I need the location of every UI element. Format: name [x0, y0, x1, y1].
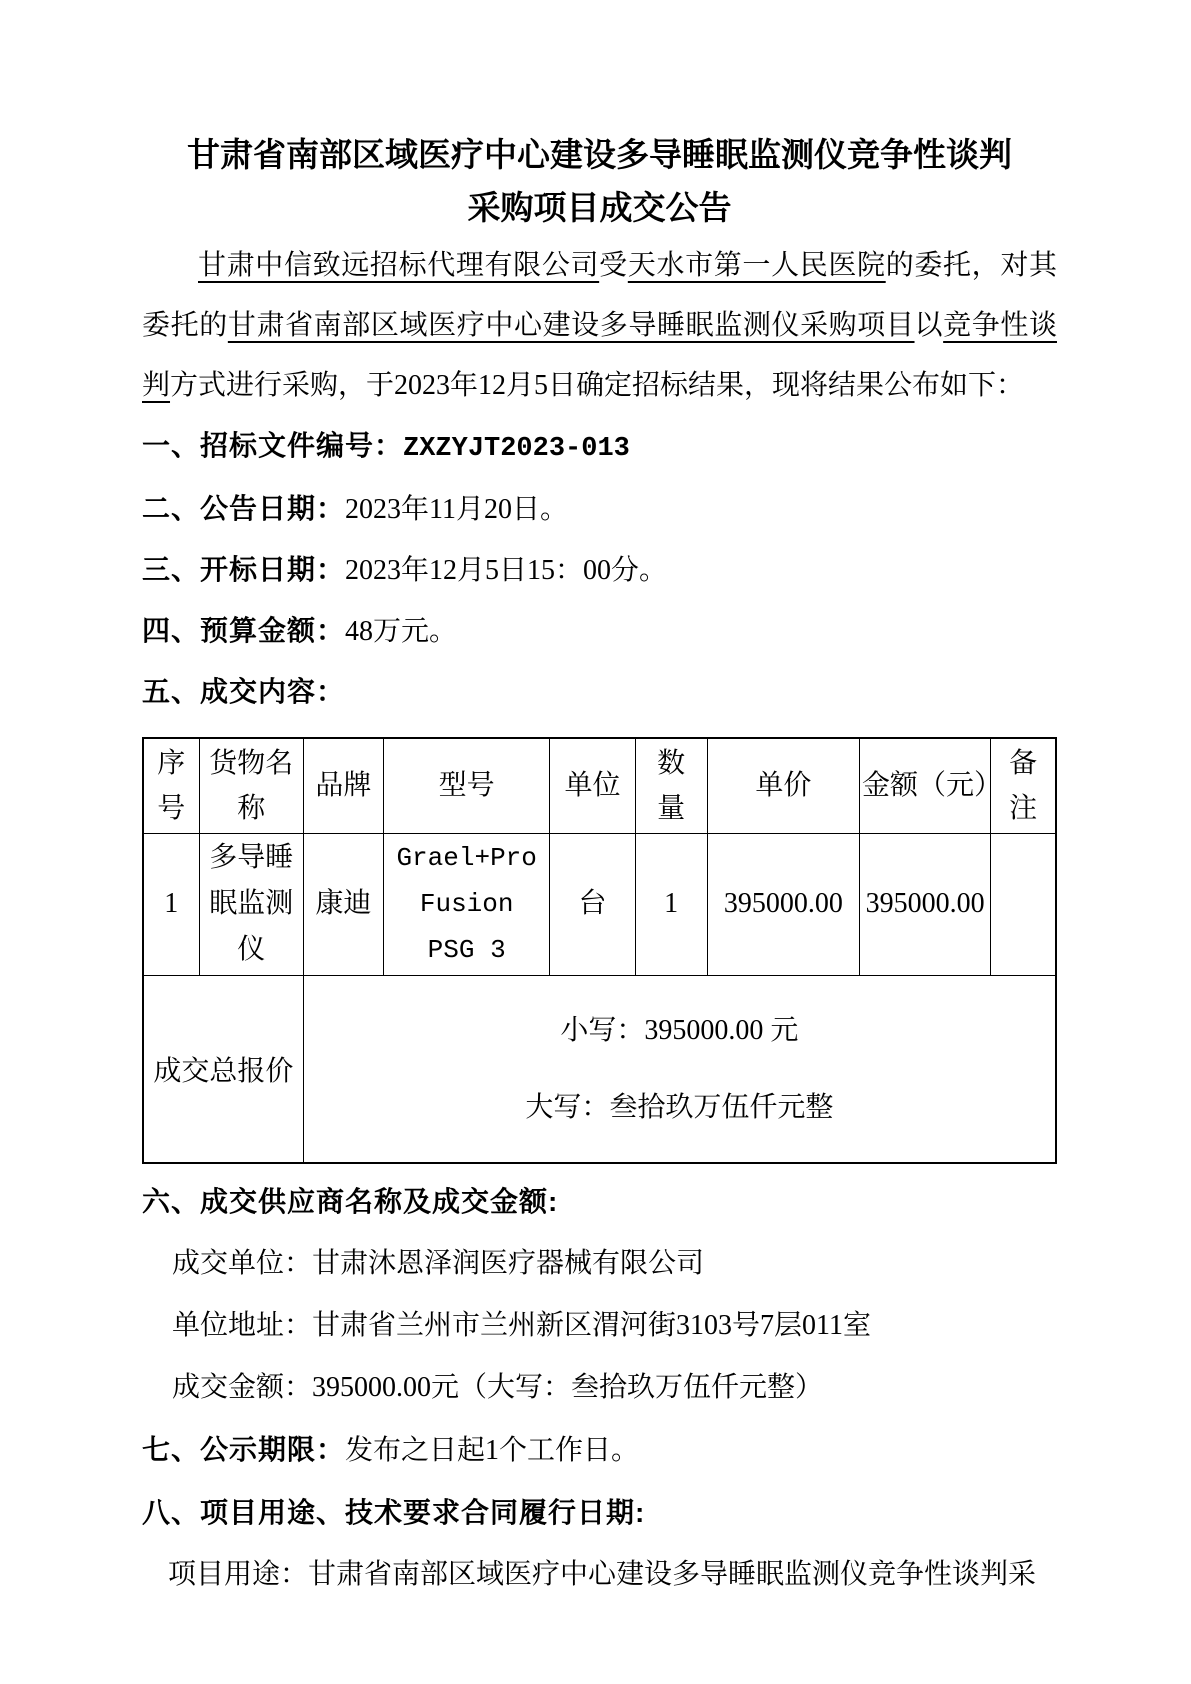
total-value-cell: 小写：395000.00 元 大写：叁拾玖万伍仟元整	[303, 975, 1056, 1163]
cell-amount: 395000.00	[860, 833, 991, 975]
table-header-row: 序 号 货物名 称 品牌 型号 单位 数 量 单价 金额（元） 备 注	[143, 738, 1056, 833]
col-header-goods-name: 货物名 称	[199, 738, 303, 833]
post-table-section: 六、成交供应商名称及成交金额: 成交单位：甘肃沐恩泽润医疗器械有限公司 单位地址…	[142, 1171, 1057, 1606]
intro-text: 受	[599, 250, 628, 281]
intro-paragraph: 甘肃中信致远招标代理有限公司受天水市第一人民医院的委托，对其委托的甘肃省南部区域…	[142, 236, 1057, 416]
col-header-unit-price: 单价	[707, 738, 859, 833]
cell-brand: 康迪	[303, 833, 383, 975]
col-header-unit: 单位	[550, 738, 635, 833]
cell-goods-name: 多导睡 眠监测 仪	[199, 833, 303, 975]
total-uppercase: 大写：叁拾玖万伍仟元整	[306, 1085, 1053, 1130]
supplier-unit-line: 成交单位：甘肃沐恩泽润医疗器械有限公司	[142, 1233, 1057, 1295]
section-usage-heading: 八、项目用途、技术要求合同履行日期:	[142, 1482, 1057, 1544]
col-header-brand: 品牌	[303, 738, 383, 833]
intro-text: 以	[915, 310, 944, 341]
section-label: 五、成交内容：	[142, 676, 345, 707]
usage-line: 项目用途：甘肃省南部区域医疗中心建设多导睡眠监测仪竞争性谈判采	[142, 1544, 1057, 1606]
section-publicity-period: 七、公示期限：发布之日起1个工作日。	[142, 1419, 1057, 1482]
title-line-1: 甘肃省南部区域医疗中心建设多导睡眠监测仪竞争性谈判	[142, 130, 1057, 183]
publicity-value: 发布之日起1个工作日。	[345, 1435, 639, 1466]
section-deal-content: 五、成交内容：	[142, 662, 1057, 723]
total-lowercase: 小写：395000.00 元	[306, 1008, 1053, 1053]
section-label: 二、公告日期：	[142, 493, 345, 524]
supplier-address-line: 单位地址：甘肃省兰州市兰州新区渭河街3103号7层011室	[142, 1295, 1057, 1357]
cell-unit: 台	[550, 833, 635, 975]
total-label-cell: 成交总报价	[143, 975, 303, 1163]
purchaser-name: 天水市第一人民医院	[628, 250, 886, 281]
intro-text: 方式进行采购，于2023年12月5日确定招标结果，现将结果公布如下：	[170, 370, 1024, 401]
col-header-remark: 备 注	[991, 738, 1056, 833]
cell-remark	[991, 833, 1056, 975]
opening-date-value: 2023年12月5日15：00分。	[345, 555, 667, 586]
section-label: 四、预算金额：	[142, 615, 345, 646]
section-label: 七、公示期限：	[142, 1434, 345, 1465]
announcement-date-value: 2023年11月20日。	[345, 494, 568, 525]
section-opening-date: 三、开标日期：2023年12月5日15：00分。	[142, 540, 1057, 601]
document-page: 甘肃省南部区域医疗中心建设多导睡眠监测仪竞争性谈判 采购项目成交公告 甘肃中信致…	[0, 0, 1191, 1684]
section-supplier-heading: 六、成交供应商名称及成交金额:	[142, 1171, 1057, 1233]
section-label: 一、招标文件编号：	[142, 430, 403, 461]
title-line-2: 采购项目成交公告	[142, 183, 1057, 236]
col-header-model: 型号	[384, 738, 550, 833]
cell-qty: 1	[635, 833, 707, 975]
agency-name: 甘肃中信致远招标代理有限公司	[198, 250, 599, 281]
deal-table: 序 号 货物名 称 品牌 型号 单位 数 量 单价 金额（元） 备 注 1 多导…	[142, 737, 1057, 1164]
section-announcement-date: 二、公告日期：2023年11月20日。	[142, 479, 1057, 540]
col-header-amount: 金额（元）	[860, 738, 991, 833]
project-name: 甘肃省南部区域医疗中心建设多导睡眠监测仪采购项目	[228, 310, 915, 341]
col-header-seq: 序 号	[143, 738, 199, 833]
cell-seq: 1	[143, 833, 199, 975]
section-bid-doc-number: 一、招标文件编号：ZXZYJT2023-013	[142, 416, 1057, 479]
table-total-row: 成交总报价 小写：395000.00 元 大写：叁拾玖万伍仟元整	[143, 975, 1056, 1163]
budget-value: 48万元。	[345, 616, 457, 647]
cell-model: Grael+Pro Fusion PSG 3	[384, 833, 550, 975]
supplier-amount-line: 成交金额：395000.00元（大写：叁拾玖万伍仟元整）	[142, 1357, 1057, 1419]
document-title: 甘肃省南部区域医疗中心建设多导睡眠监测仪竞争性谈判 采购项目成交公告	[142, 130, 1057, 236]
bid-doc-number-value: ZXZYJT2023-013	[403, 434, 630, 464]
col-header-qty: 数 量	[635, 738, 707, 833]
cell-unit-price: 395000.00	[707, 833, 859, 975]
table-data-row: 1 多导睡 眠监测 仪 康迪 Grael+Pro Fusion PSG 3 台 …	[143, 833, 1056, 975]
section-budget: 四、预算金额：48万元。	[142, 601, 1057, 662]
section-label: 三、开标日期：	[142, 554, 345, 585]
